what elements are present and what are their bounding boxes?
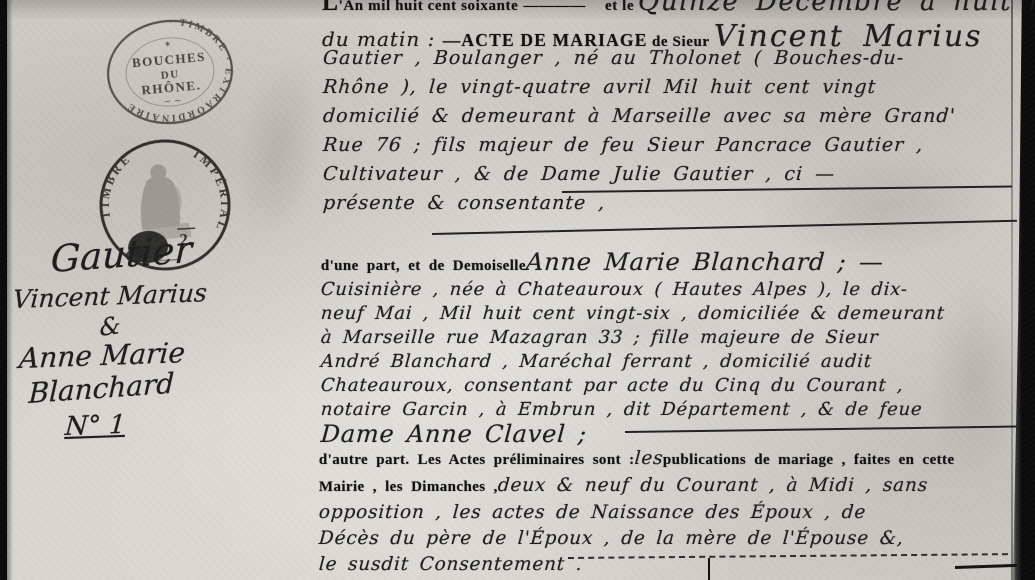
printed-dautre-part: d'autre part. Les Actes préliminaires so… [319, 447, 635, 473]
manuscript-line: André Blanchard , Maréchal ferrant , dom… [320, 350, 946, 374]
mixed-line: d'autre part. Les Actes préliminaires so… [318, 446, 956, 473]
stamp-center-line3: RHÔNE. [141, 77, 202, 97]
marriage-act-scan: L'An mil huit cent soixante ———— et le Q… [0, 0, 1035, 580]
bride-paragraph: d'une part, et de Demoiselle Anne Marie … [320, 250, 944, 446]
page-binding-right [1011, 0, 1035, 580]
svg-text:TIMBRE: TIMBRE [95, 150, 137, 220]
drop-cap-initial: L [322, 0, 339, 16]
printed-mairie-dimanches: Mairie , les Dimanches , [319, 474, 498, 500]
handwritten-bride-name: Anne Marie Blanchard ; — [525, 248, 885, 276]
fold-tick-mark [708, 558, 710, 580]
handwritten-mother-name: Dame Anne Clavel ; [320, 422, 946, 446]
page-binding-line [1011, 0, 1013, 580]
stamp-bouches-du-rhone: · TIMBRE · EXTRAORDINAIRE ✶ BOUCHES DU R… [98, 10, 241, 133]
manuscript-line: Rhône ), le vingt-quatre avril Mil huit … [322, 73, 957, 102]
manuscript-line: Cultivateur , & de Dame Julie Gautier , … [322, 160, 957, 189]
printed-publications: publications de mariage , faites en cett… [663, 447, 955, 473]
manuscript-line: Cuisinière , née à Chateauroux ( Hautes … [320, 278, 946, 302]
manuscript-line: d'une part, et de Demoiselle Anne Marie … [320, 250, 946, 278]
handwritten-dates: deux & neuf du Courant , à Midi , sans [497, 475, 929, 496]
manuscript-line: notaire Garcin , à Embrun , dit Départem… [320, 398, 946, 422]
manuscript-line: Gautier , Boulanger , né au Tholonet ( B… [322, 44, 957, 73]
bleed-through-smudge [225, 50, 331, 249]
margin-annotation: Gautier Vincent Marius & Anne Marie Blan… [12, 238, 312, 442]
manuscript-line: Rue 76 ; fils majeur de feu Sieur Pancra… [322, 131, 957, 160]
stamp-ornament-top: ✶ [163, 40, 171, 51]
mixed-line: Mairie , les Dimanches , deux & neuf du … [318, 473, 956, 500]
ink-fill-line [432, 220, 1017, 235]
handwritten-date: Quinze Décembre à huit heures [638, 0, 1035, 17]
stamp-center-line1: BOUCHES [131, 49, 206, 70]
manuscript-line: Chateauroux, consentant par acte du Cinq… [320, 374, 946, 398]
page-gutter-left [0, 0, 7, 580]
ink-blot-dash [955, 564, 1017, 569]
margin-surname-groom: Gautier [50, 220, 313, 281]
printed-year-text: 'An mil huit cent soixante [339, 0, 519, 14]
handwritten-les: les [634, 448, 664, 469]
printed-dune-part: d'une part, et de Demoiselle [321, 254, 526, 278]
manuscript-line: présente & consentante , [322, 189, 957, 218]
manuscript-line: Décès du père de l'Époux , de la mère de… [318, 526, 956, 552]
stamp-ring-timbre: TIMBRE [95, 150, 137, 220]
margin-act-number: N° 1 [64, 403, 314, 442]
header-printed-year-line: L'An mil huit cent soixante ———— et le [322, 0, 634, 15]
stamp-ornament-bottom: ∼ ∼ [163, 96, 182, 108]
manuscript-line: neuf Mai , Mil huit cent vingt-six , dom… [320, 302, 946, 326]
manuscript-line: à Marseille rue Mazagran 33 ; fille maje… [320, 326, 946, 350]
printed-et-le: et le [605, 0, 634, 14]
printed-filler-dash: ———— [523, 0, 585, 14]
manuscript-line: opposition , les actes de Naissance des … [318, 500, 956, 526]
manuscript-line: domicilié & demeurant à Marseille avec s… [322, 102, 957, 131]
